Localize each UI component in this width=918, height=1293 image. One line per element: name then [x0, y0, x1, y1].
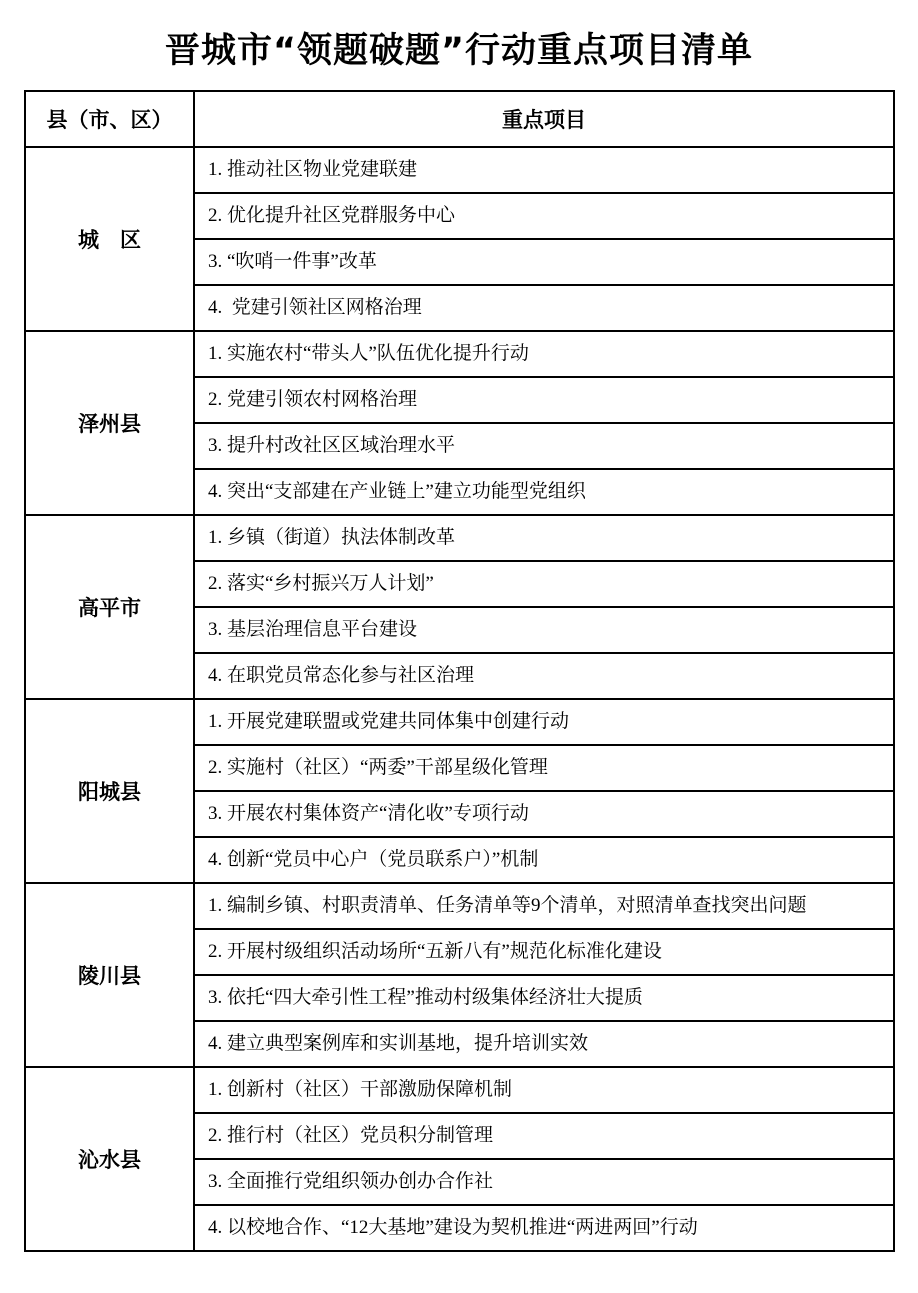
table-row: 城 区 1. 推动社区物业党建联建: [25, 147, 894, 193]
project-cell: 2. 优化提升社区党群服务中心: [194, 193, 894, 239]
project-cell: 3. 提升村改社区区域治理水平: [194, 423, 894, 469]
project-cell: 1. 推动社区物业党建联建: [194, 147, 894, 193]
county-cell-lingchuan: 陵川县: [25, 883, 194, 1067]
project-cell: 3. “吹哨一件事”改革: [194, 239, 894, 285]
project-cell: 2. 推行村（社区）党员积分制管理: [194, 1113, 894, 1159]
section-qinshui: 沁水县 1. 创新村（社区）干部激励保障机制 2. 推行村（社区）党员积分制管理…: [25, 1067, 894, 1251]
table-row: 阳城县 1. 开展党建联盟或党建共同体集中创建行动: [25, 699, 894, 745]
header-projects: 重点项目: [194, 91, 894, 147]
project-cell: 3. 全面推行党组织领办创办合作社: [194, 1159, 894, 1205]
header-row: 县（市、区） 重点项目: [25, 91, 894, 147]
section-chengqu: 城 区 1. 推动社区物业党建联建 2. 优化提升社区党群服务中心 3. “吹哨…: [25, 147, 894, 331]
project-cell: 3. 基层治理信息平台建设: [194, 607, 894, 653]
section-zezhou: 泽州县 1. 实施农村“带头人”队伍优化提升行动 2. 党建引领农村网格治理 3…: [25, 331, 894, 515]
project-cell: 2. 开展村级组织活动场所“五新八有”规范化标准化建设: [194, 929, 894, 975]
project-cell: 1. 创新村（社区）干部激励保障机制: [194, 1067, 894, 1113]
project-cell: 2. 党建引领农村网格治理: [194, 377, 894, 423]
project-cell: 2. 落实“乡村振兴万人计划”: [194, 561, 894, 607]
project-cell: 3. 开展农村集体资产“清化收”专项行动: [194, 791, 894, 837]
page-title: 晋城市“领题破题”行动重点项目清单: [0, 0, 918, 90]
project-cell: 4. 以校地合作、“12大基地”建设为契机推进“两进两回”行动: [194, 1205, 894, 1251]
project-cell: 1. 实施农村“带头人”队伍优化提升行动: [194, 331, 894, 377]
county-cell-gaoping: 高平市: [25, 515, 194, 699]
county-cell-chengqu: 城 区: [25, 147, 194, 331]
table-row: 泽州县 1. 实施农村“带头人”队伍优化提升行动: [25, 331, 894, 377]
section-lingchuan: 陵川县 1. 编制乡镇、村职责清单、任务清单等9个清单，对照清单查找突出问题 2…: [25, 883, 894, 1067]
project-cell: 4. 建立典型案例库和实训基地，提升培训实效: [194, 1021, 894, 1067]
section-gaoping: 高平市 1. 乡镇（街道）执法体制改革 2. 落实“乡村振兴万人计划” 3. 基…: [25, 515, 894, 699]
project-cell: 4. 在职党员常态化参与社区治理: [194, 653, 894, 699]
project-cell: 4. 党建引领社区网格治理: [194, 285, 894, 331]
project-cell: 2. 实施村（社区）“两委”干部星级化管理: [194, 745, 894, 791]
county-cell-yangcheng: 阳城县: [25, 699, 194, 883]
document-page: 晋城市“领题破题”行动重点项目清单 县（市、区） 重点项目 城 区 1. 推动社…: [0, 0, 918, 1293]
header-county: 县（市、区）: [25, 91, 194, 147]
project-cell: 4. 突出“支部建在产业链上”建立功能型党组织: [194, 469, 894, 515]
table-row: 沁水县 1. 创新村（社区）干部激励保障机制: [25, 1067, 894, 1113]
project-cell: 1. 乡镇（街道）执法体制改革: [194, 515, 894, 561]
county-cell-zezhou: 泽州县: [25, 331, 194, 515]
table-row: 高平市 1. 乡镇（街道）执法体制改革: [25, 515, 894, 561]
projects-table: 县（市、区） 重点项目 城 区 1. 推动社区物业党建联建 2. 优化提升社区党…: [24, 90, 895, 1252]
county-cell-qinshui: 沁水县: [25, 1067, 194, 1251]
project-cell: 4. 创新“党员中心户（党员联系户）”机制: [194, 837, 894, 883]
project-cell: 1. 编制乡镇、村职责清单、任务清单等9个清单，对照清单查找突出问题: [194, 883, 894, 929]
project-cell: 1. 开展党建联盟或党建共同体集中创建行动: [194, 699, 894, 745]
project-cell: 3. 依托“四大牵引性工程”推动村级集体经济壮大提质: [194, 975, 894, 1021]
table-row: 陵川县 1. 编制乡镇、村职责清单、任务清单等9个清单，对照清单查找突出问题: [25, 883, 894, 929]
section-yangcheng: 阳城县 1. 开展党建联盟或党建共同体集中创建行动 2. 实施村（社区）“两委”…: [25, 699, 894, 883]
